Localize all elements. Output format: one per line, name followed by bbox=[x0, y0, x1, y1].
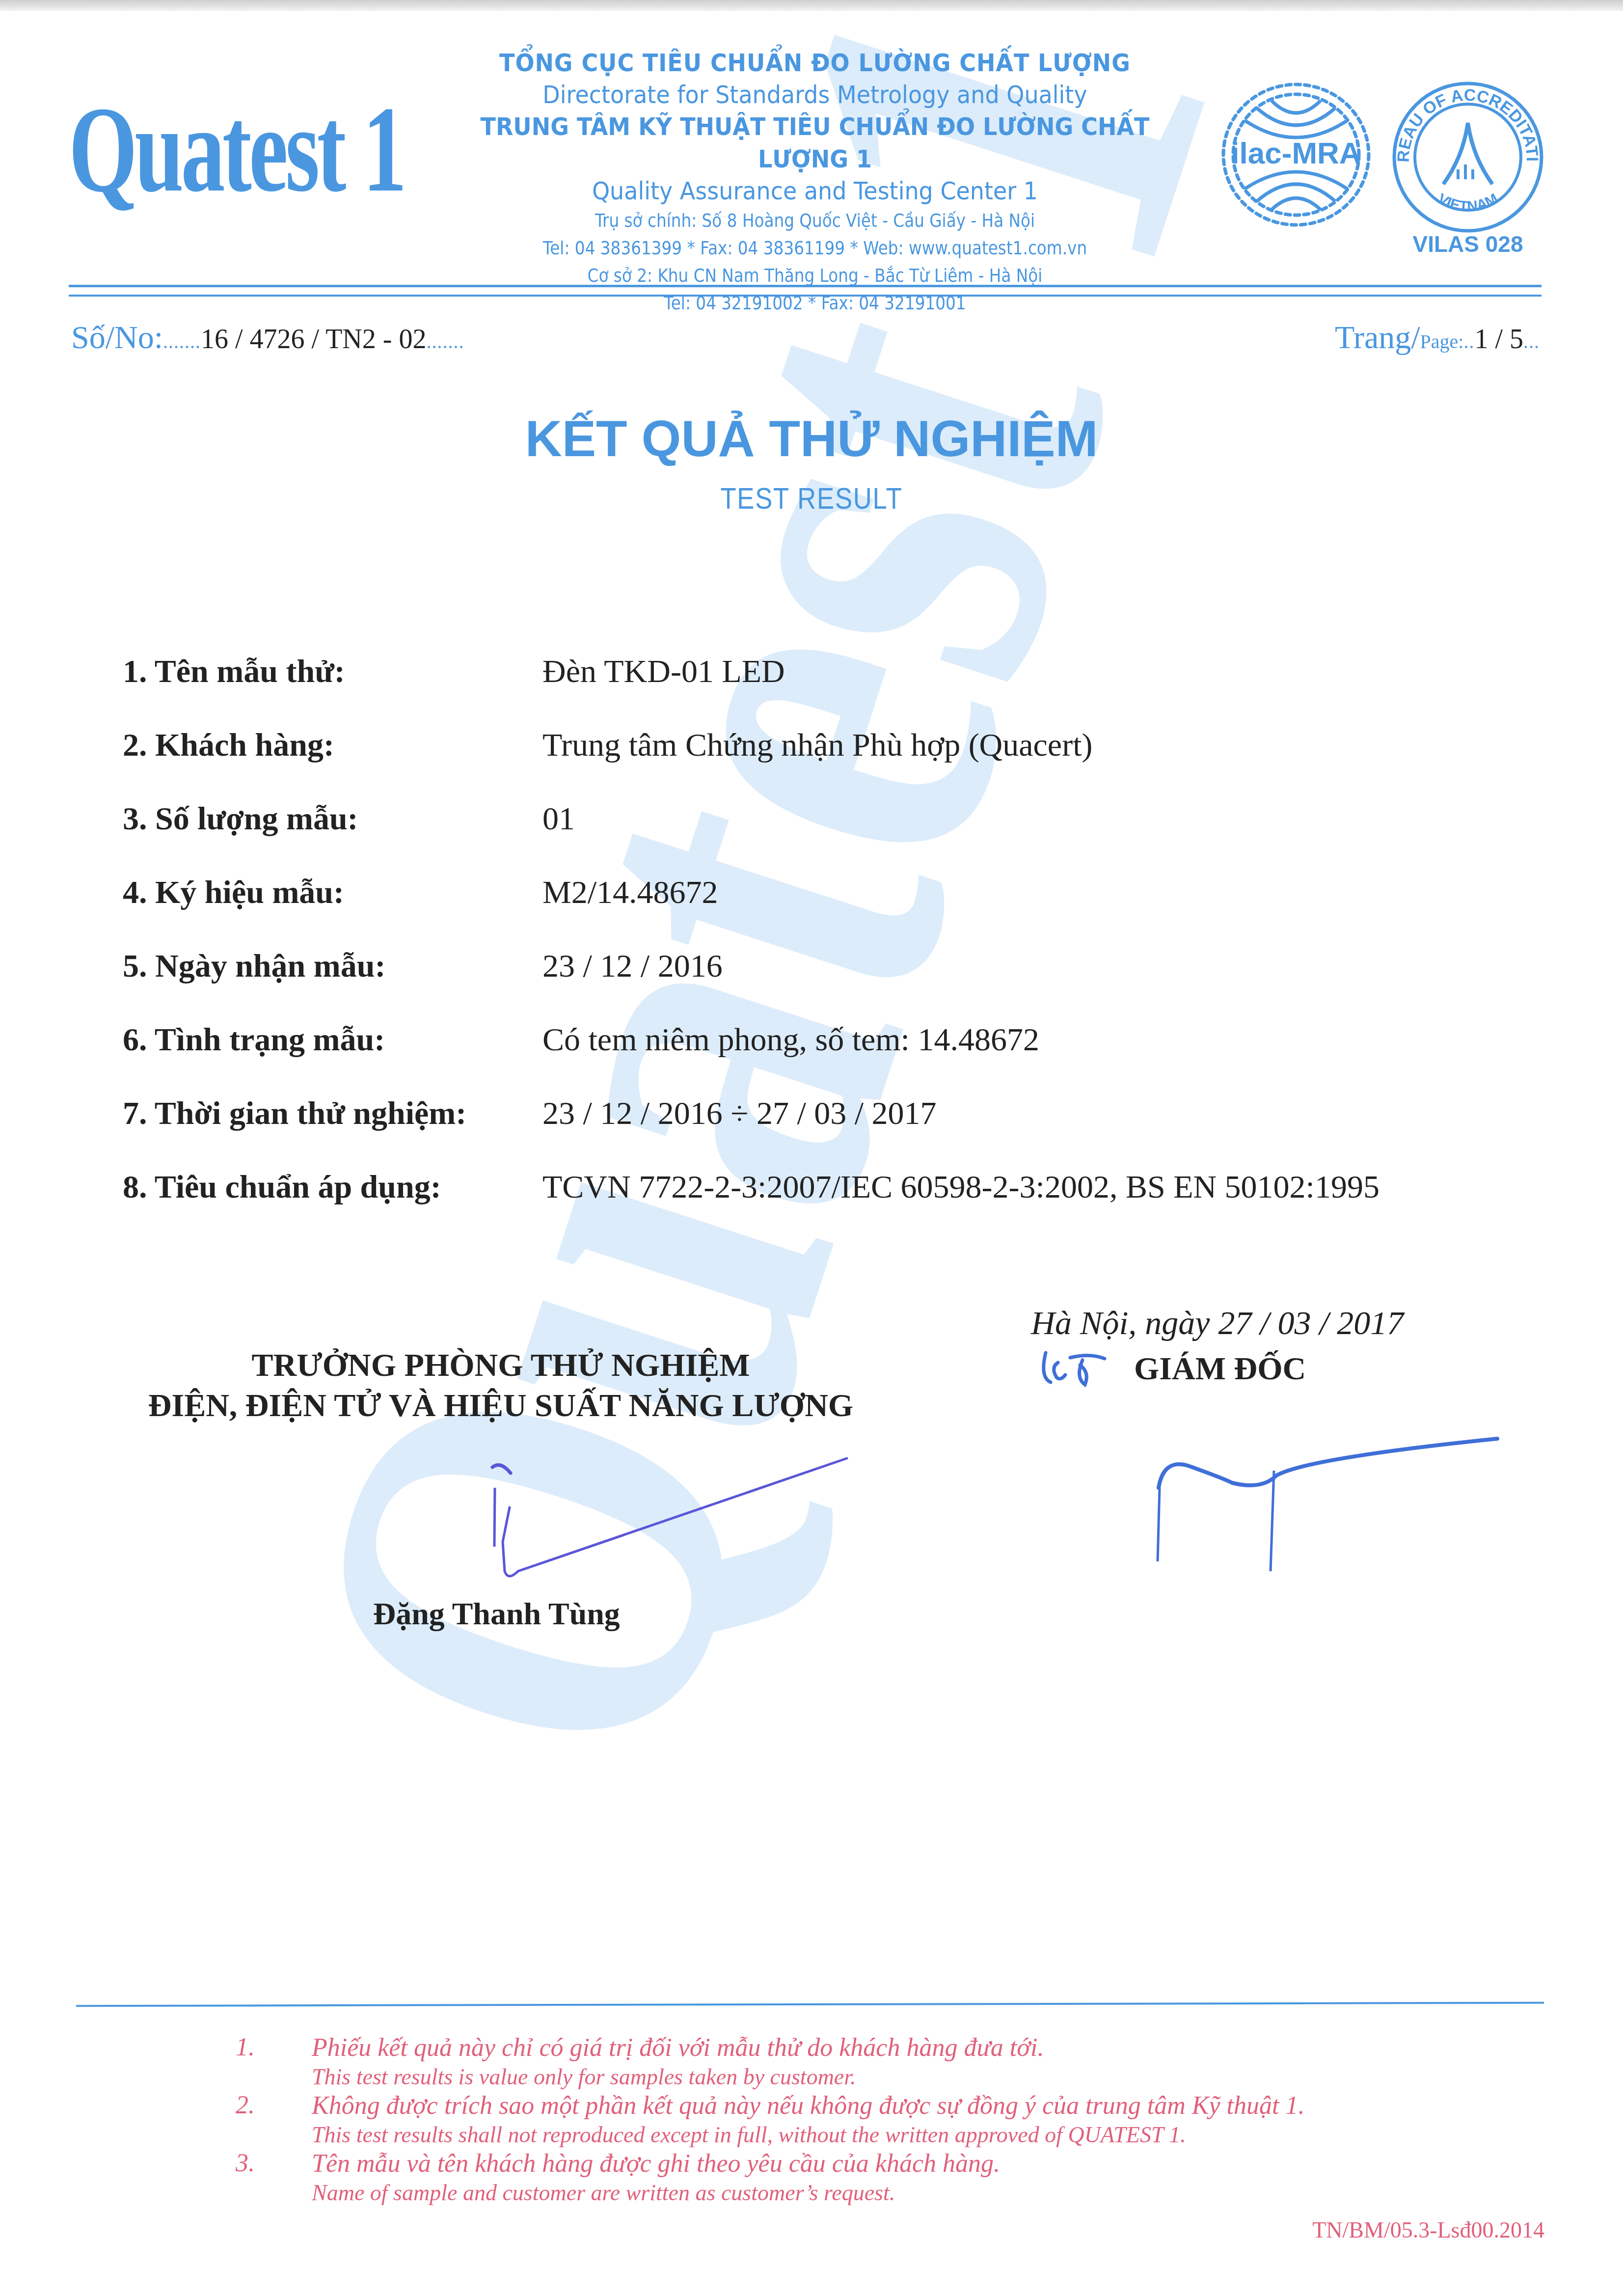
info-value: Đèn TKD-01 LED bbox=[542, 653, 785, 690]
info-value: Có tem niêm phong, số tem: 14.48672 bbox=[542, 1021, 1039, 1059]
contact-address-main: Trụ sở chính: Số 8 Hoàng Quốc Việt - Cầu… bbox=[460, 207, 1170, 234]
note-vi: Không được trích sao một phần kết quả nà… bbox=[245, 2091, 1304, 2121]
lab-head-signature-icon bbox=[471, 1453, 854, 1586]
note-number: 2. bbox=[236, 2091, 255, 2120]
svg-text:ilac-MRA: ilac-MRA bbox=[1231, 137, 1361, 170]
footer-note: 1. Phiếu kết quả này chỉ có giá trị đối … bbox=[245, 2033, 1304, 2091]
note-en: This test results is value only for samp… bbox=[245, 2063, 1304, 2091]
contact-phone-main: Tel: 04 38361399 * Fax: 04 38361199 * We… bbox=[460, 234, 1170, 262]
contact-phone-branch: Tel: 04 32191002 * Fax: 04 32191001 bbox=[460, 289, 1170, 317]
info-label: 8. Tiêu chuẩn áp dụng: bbox=[123, 1169, 441, 1206]
vilas-code: VILAS 028 bbox=[1389, 231, 1546, 257]
info-label: 1. Tên mẫu thử: bbox=[123, 653, 345, 690]
document-title: KẾT QUẢ THỬ NGHIỆM bbox=[0, 410, 1623, 468]
header-divider-secondary bbox=[69, 295, 1542, 297]
note-number: 3. bbox=[236, 2149, 255, 2178]
info-value: M2/14.48672 bbox=[542, 874, 718, 911]
lab-head-name: Đặng Thanh Tùng bbox=[373, 1596, 620, 1632]
document-subtitle: TEST RESULT bbox=[122, 481, 1501, 516]
info-label: 2. Khách hàng: bbox=[123, 727, 334, 764]
header-divider bbox=[69, 285, 1542, 287]
svg-text:BUREAU OF ACCREDITATION: BUREAU OF ACCREDITATION bbox=[1389, 79, 1542, 163]
info-label: 6. Tình trạng mẫu: bbox=[123, 1021, 385, 1059]
svg-text:VIETNAM: VIETNAM bbox=[1435, 191, 1501, 215]
organization-header: TỔNG CỤC TIÊU CHUẨN ĐO LƯỜNG CHẤT LƯỢNG … bbox=[403, 47, 1227, 317]
info-value: Trung tâm Chứng nhận Phù hợp (Quacert) bbox=[542, 727, 1092, 764]
report-number-label: Số/No: bbox=[71, 320, 163, 355]
org-line-center-vi: TRUNG TÂM KỸ THUẬT TIÊU CHUẨN ĐO LƯỜNG C… bbox=[435, 110, 1194, 175]
info-value: TCVN 7722-2-3:2007/IEC 60598-2-3:2002, B… bbox=[542, 1169, 1380, 1206]
signing-place-date: Hà Nội, ngày 27 / 03 / 2017 bbox=[1031, 1304, 1404, 1342]
lab-head-title-line1: TRƯỞNG PHÒNG THỬ NGHIỆM bbox=[108, 1345, 893, 1386]
footer-note: 3. Tên mẫu và tên khách hàng được ghi th… bbox=[245, 2149, 1304, 2207]
info-value: 01 bbox=[542, 800, 575, 838]
report-number: Số/No:.......16 / 4726 / TN2 - 02....... bbox=[71, 319, 464, 356]
org-line-directorate-en: Directorate for Standards Metrology and … bbox=[435, 79, 1194, 110]
page-label-en: Page: bbox=[1420, 330, 1464, 353]
page-label: Trang/ bbox=[1335, 320, 1420, 355]
ilac-mra-seal-icon: ilac-MRA bbox=[1220, 81, 1372, 228]
footer-notes: 1. Phiếu kết quả này chỉ có giá trị đối … bbox=[245, 2033, 1304, 2207]
note-vi: Tên mẫu và tên khách hàng được ghi theo … bbox=[245, 2149, 1304, 2179]
org-line-directorate-vi: TỔNG CỤC TIÊU CHUẨN ĐO LƯỜNG CHẤT LƯỢNG bbox=[435, 47, 1194, 79]
report-number-value: 16 / 4726 / TN2 - 02 bbox=[201, 324, 426, 355]
lab-head-title-line2: ĐIỆN, ĐIỆN TỬ VÀ HIỆU SUẤT NĂNG LƯỢNG bbox=[108, 1386, 893, 1426]
info-value: 23 / 12 / 2016 bbox=[542, 948, 723, 985]
note-en: This test results shall not reproduced e… bbox=[245, 2121, 1304, 2149]
info-label: 4. Ký hiệu mẫu: bbox=[123, 874, 344, 911]
quatest-logo: Quatest 1 bbox=[69, 88, 404, 211]
info-label: 7. Thời gian thử nghiệm: bbox=[123, 1095, 466, 1132]
page-number-value: 1 / 5 bbox=[1474, 324, 1523, 355]
info-value: 23 / 12 / 2016 ÷ 27 / 03 / 2017 bbox=[542, 1095, 937, 1132]
handwritten-kt-icon bbox=[1036, 1348, 1134, 1392]
info-label: 3. Số lượng mẫu: bbox=[123, 800, 358, 838]
bureau-of-accreditation-seal-icon: BUREAU OF ACCREDITATION VIETNAM bbox=[1389, 79, 1546, 236]
director-signature-icon bbox=[1149, 1429, 1532, 1576]
form-code: TN/BM/05.3-Lsđ00.2014 bbox=[1312, 2217, 1544, 2243]
footer-note: 2. Không được trích sao một phần kết quả… bbox=[245, 2091, 1304, 2149]
note-number: 1. bbox=[236, 2033, 255, 2062]
info-label: 5. Ngày nhận mẫu: bbox=[123, 948, 385, 985]
org-line-center-en: Quality Assurance and Testing Center 1 bbox=[435, 175, 1194, 207]
footer-divider bbox=[76, 2002, 1544, 2007]
note-en: Name of sample and customer are written … bbox=[245, 2179, 1304, 2207]
director-title: GIÁM ĐỐC bbox=[1134, 1350, 1306, 1388]
lab-head-title: TRƯỞNG PHÒNG THỬ NGHIỆM ĐIỆN, ĐIỆN TỬ VÀ… bbox=[108, 1345, 893, 1426]
note-vi: Phiếu kết quả này chỉ có giá trị đối với… bbox=[245, 2033, 1304, 2063]
page-number: Trang/Page:..1 / 5... bbox=[1335, 319, 1540, 356]
